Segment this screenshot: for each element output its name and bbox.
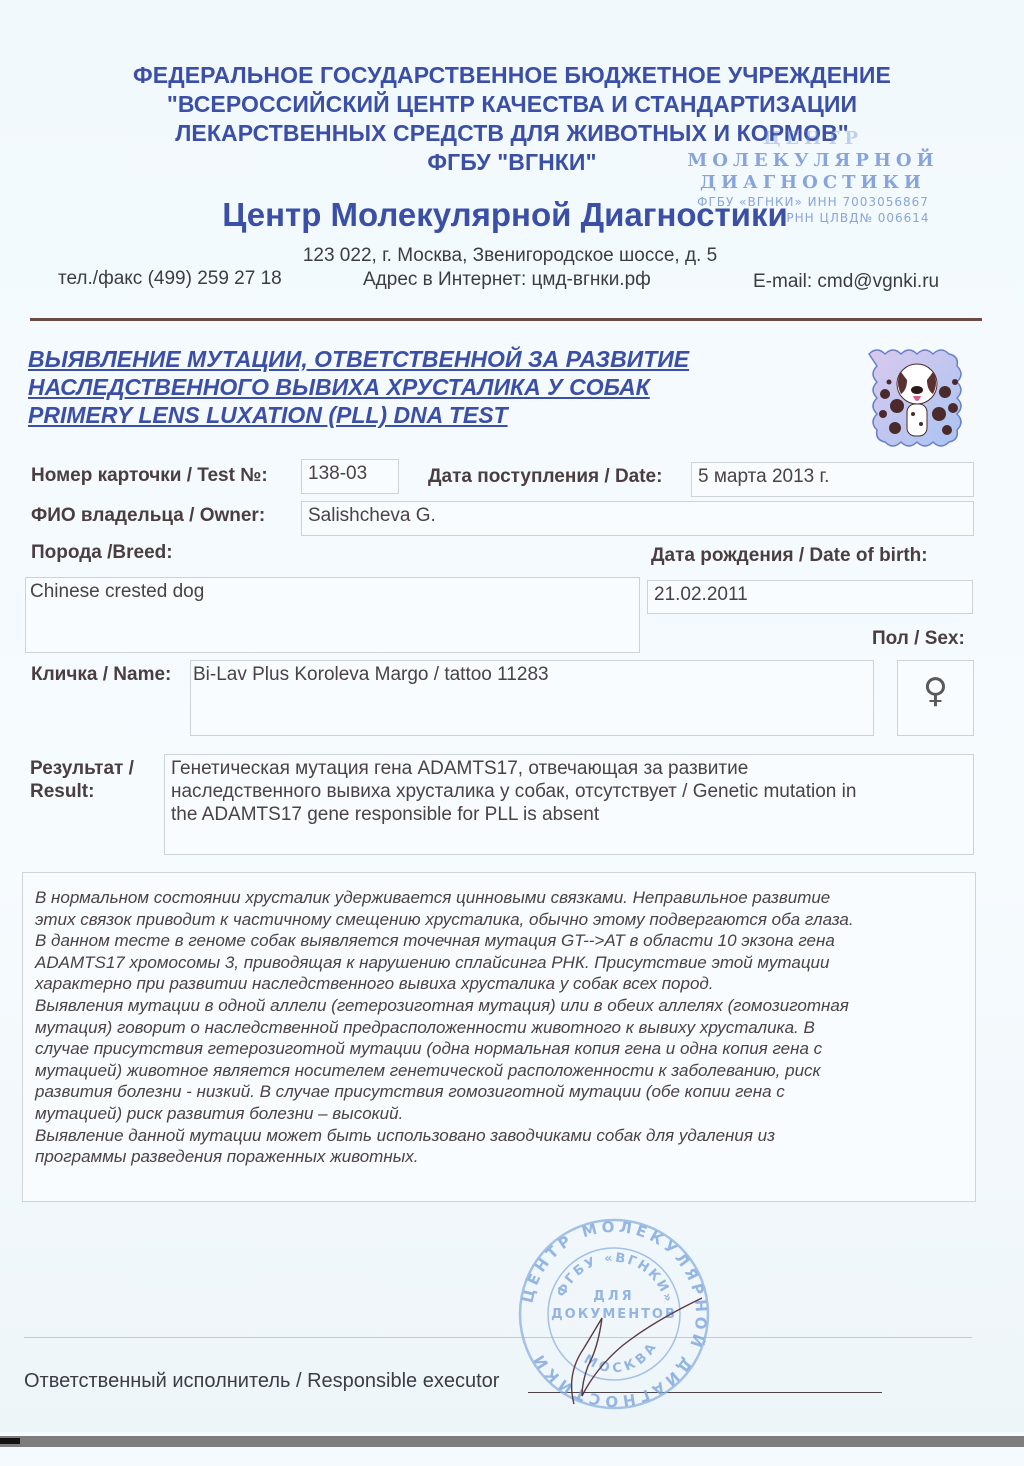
- breed-label: Порода /Breed:: [31, 542, 173, 564]
- test-title-line-1: ВЫЯВЛЕНИЕ МУТАЦИИ, ОТВЕТСТВЕННОЙ ЗА РАЗВ…: [28, 346, 689, 373]
- scan-edge-band: [0, 1436, 1024, 1447]
- svg-text:МОСКВА: МОСКВА: [581, 1338, 662, 1377]
- owner-field[interactable]: Salishcheva G.: [301, 501, 974, 536]
- round-seal-stamp: ЦЕНТР МОЛЕКУЛЯРНОЙ ДИАГНОСТИКИ ФГБУ «ВГН…: [514, 1214, 714, 1419]
- result-field[interactable]: Генетическая мутация гена ADAMTS17, отве…: [164, 754, 974, 855]
- dog-logo-icon: [855, 342, 979, 459]
- svg-text:ДЛЯ: ДЛЯ: [593, 1289, 634, 1304]
- org-name-line-2: "ВСЕРОССИЙСКИЙ ЦЕНТР КАЧЕСТВА И СТАНДАРТ…: [0, 91, 1024, 118]
- result-label-ru: Результат /: [30, 758, 134, 780]
- date-of-birth-label: Дата рождения / Date of birth:: [651, 545, 928, 567]
- name-label: Кличка / Name:: [31, 664, 171, 686]
- address: 123 022, г. Москва, Звенигородское шоссе…: [0, 245, 1020, 267]
- phone: тел./факс (499) 259 27 18: [58, 268, 282, 290]
- email-link[interactable]: E-mail: cmd@vgnki.ru: [753, 271, 939, 293]
- test-description-box: В нормальном состоянии хрусталик удержив…: [22, 872, 976, 1202]
- breed-field[interactable]: Chinese crested dog: [25, 577, 640, 653]
- sex-field-female-icon[interactable]: ♀: [897, 660, 974, 736]
- sex-label: Пол / Sex:: [872, 628, 965, 650]
- website-link[interactable]: Адрес в Интернет: цмд-вгнки.рф: [363, 269, 651, 291]
- test-title-line-3: PRIMERY LENS LUXATION (PLL) DNA TEST: [28, 402, 508, 429]
- test-no-label: Номер карточки / Test №:: [31, 465, 268, 487]
- org-name-line-1: ФЕДЕРАЛЬНОЕ ГОСУДАРСТВЕННОЕ БЮДЖЕТНОЕ УЧ…: [0, 62, 1024, 89]
- document-page: ФЕДЕРАЛЬНОЕ ГОСУДАРСТВЕННОЕ БЮДЖЕТНОЕ УЧ…: [0, 0, 1024, 1432]
- center-name: Центр Молекулярной Диагностики: [0, 196, 1010, 234]
- test-no-field[interactable]: 138-03: [301, 459, 399, 494]
- owner-label: ФИО владельца / Owner:: [31, 505, 265, 527]
- date-received-field[interactable]: 5 марта 2013 г.: [691, 462, 974, 497]
- svg-text:ДОКУМЕНТОВ: ДОКУМЕНТОВ: [551, 1307, 677, 1322]
- signature-divider: [24, 1337, 972, 1338]
- test-description-text: В нормальном состоянии хрусталик удержив…: [35, 887, 963, 1168]
- responsible-executor-label: Ответственный исполнитель / Responsible …: [24, 1370, 499, 1393]
- result-label-en: Result:: [30, 781, 94, 803]
- name-field[interactable]: Bi-Lav Plus Koroleva Margo / tattoo 1128…: [190, 660, 874, 736]
- date-received-label: Дата поступления / Date:: [428, 466, 662, 488]
- scan-edge-mark: [0, 1438, 20, 1444]
- date-of-birth-field[interactable]: 21.02.2011: [647, 580, 973, 614]
- header-divider: [30, 318, 982, 321]
- test-title-line-2: НАСЛЕДСТВЕННОГО ВЫВИХА ХРУСТАЛИКА У СОБА…: [28, 374, 650, 401]
